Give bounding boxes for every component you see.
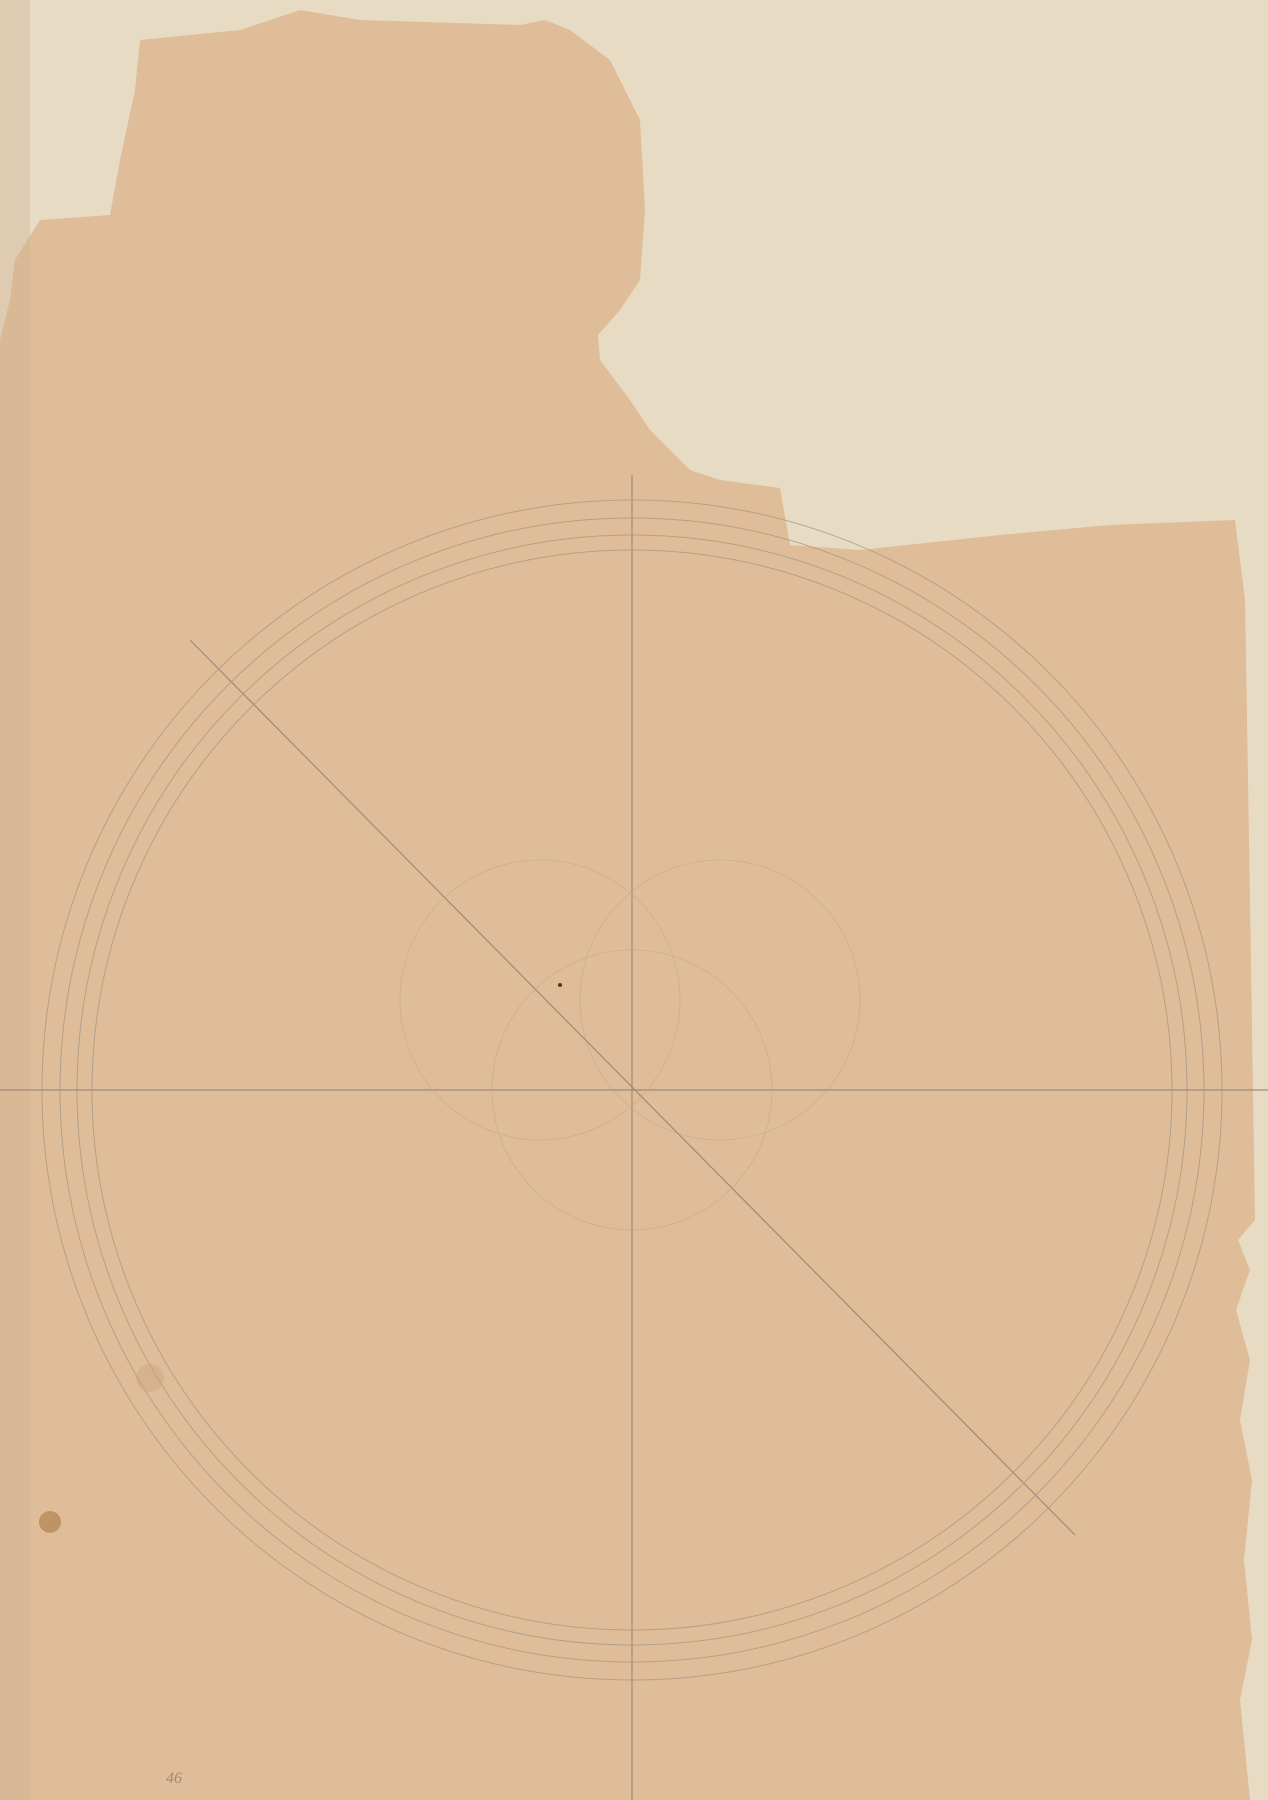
stain-spot	[39, 1511, 61, 1533]
pencil-annotation: 46	[166, 1770, 182, 1788]
drawing-canvas	[0, 0, 1268, 1800]
stain-spot	[136, 1364, 164, 1392]
paper-sheet: 46	[0, 0, 1268, 1800]
ink-dot	[558, 983, 562, 987]
